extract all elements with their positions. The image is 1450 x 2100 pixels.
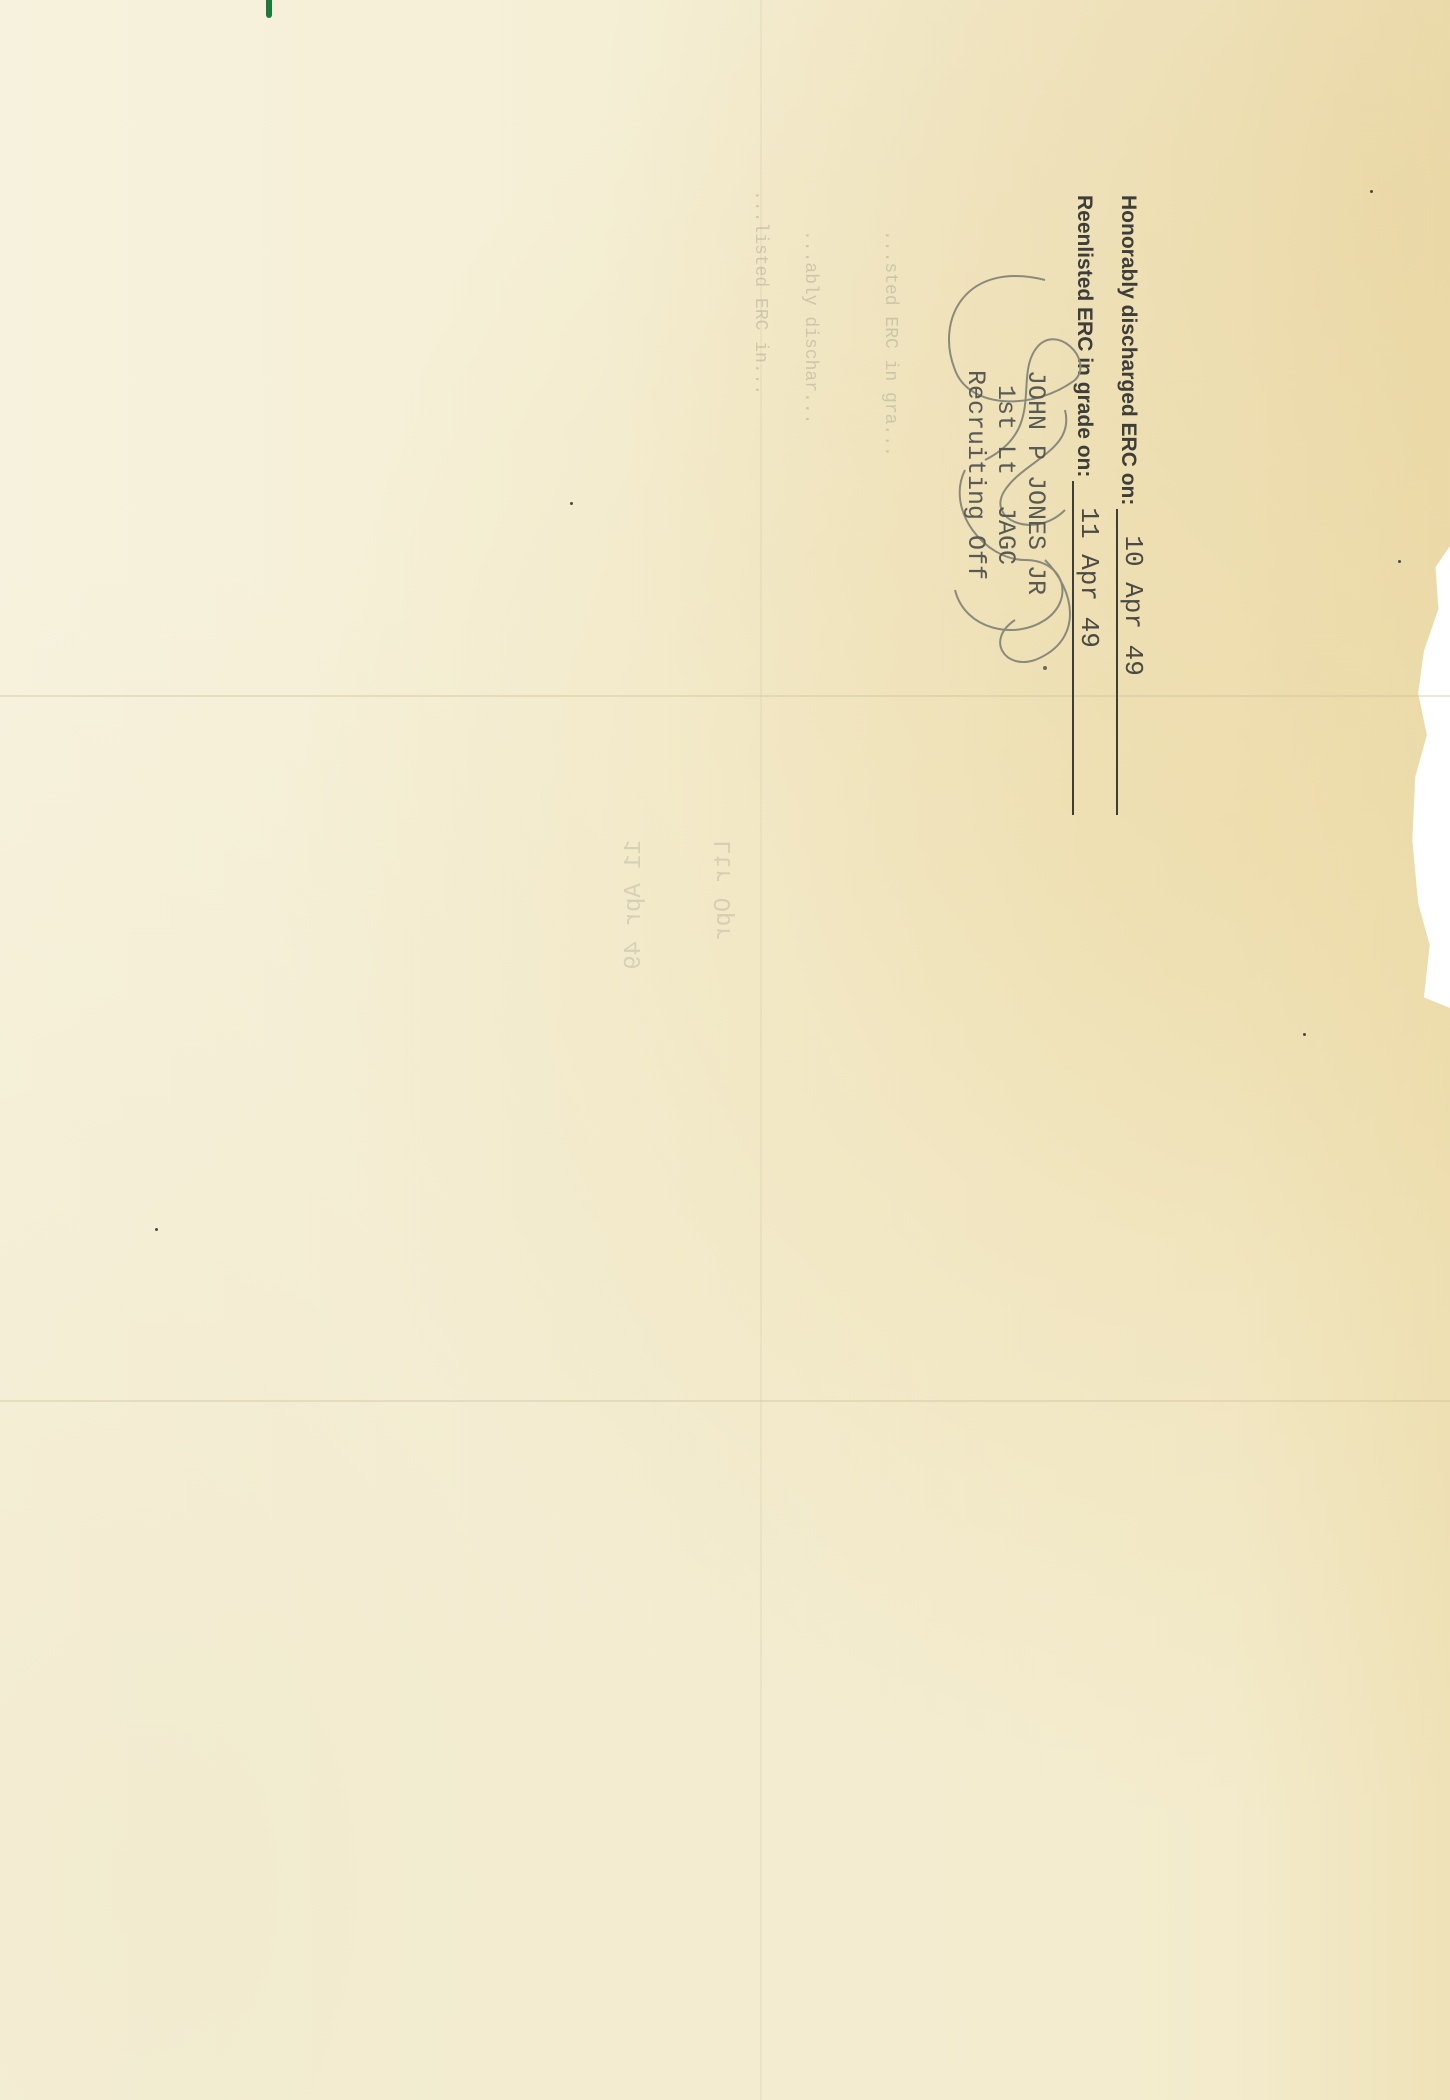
typed-rank: 1st Lt JAGC: [990, 370, 1020, 595]
discharge-stamp: Honorably discharged ERC on: 10 Apr 49 R…: [1072, 195, 1160, 815]
typed-signature-block: JOHN P JONES JR 1st Lt JAGC Recruiting O…: [960, 370, 1050, 595]
discharge-line: Honorably discharged ERC on: 10 Apr 49: [1116, 195, 1160, 815]
discharge-label-bold: ERC: [1117, 423, 1140, 467]
paper-speck: [155, 1228, 158, 1231]
fold-line-horizontal: [0, 1400, 1450, 1402]
bleed-through-line: ...ably dischar...: [800, 230, 820, 424]
fold-line-horizontal: [0, 695, 1450, 697]
paper-page: [0, 0, 1450, 2100]
discharge-label-prefix: Honorably discharged: [1117, 195, 1140, 423]
reenlist-date: 11 Apr 49: [1074, 507, 1104, 647]
paper-speck: [570, 502, 573, 505]
bleed-through-line: ...listed ERC in...: [750, 190, 770, 395]
discharge-label-suffix: on:: [1117, 467, 1140, 505]
green-ink-mark: [266, 0, 272, 18]
discharge-date-field: 10 Apr 49: [1116, 509, 1146, 815]
paper-speck: [1398, 560, 1401, 563]
typed-title: Recruiting Off: [960, 370, 990, 595]
paper-speck: [1370, 190, 1373, 193]
reenlist-label: Reenlisted ERC in grade on:: [1072, 195, 1096, 477]
mirrored-bleed-through: 11 Apr 49 Ltr Opr: [560, 840, 770, 970]
paper-speck: [1303, 1033, 1306, 1036]
reenlist-line: Reenlisted ERC in grade on: 11 Apr 49: [1072, 195, 1116, 815]
reenlist-date-field: 11 Apr 49: [1072, 481, 1102, 815]
discharge-date: 10 Apr 49: [1118, 535, 1148, 675]
bleed-through-line: ...sted ERC in gra...: [880, 230, 900, 457]
typed-name: JOHN P JONES JR: [1020, 370, 1050, 595]
